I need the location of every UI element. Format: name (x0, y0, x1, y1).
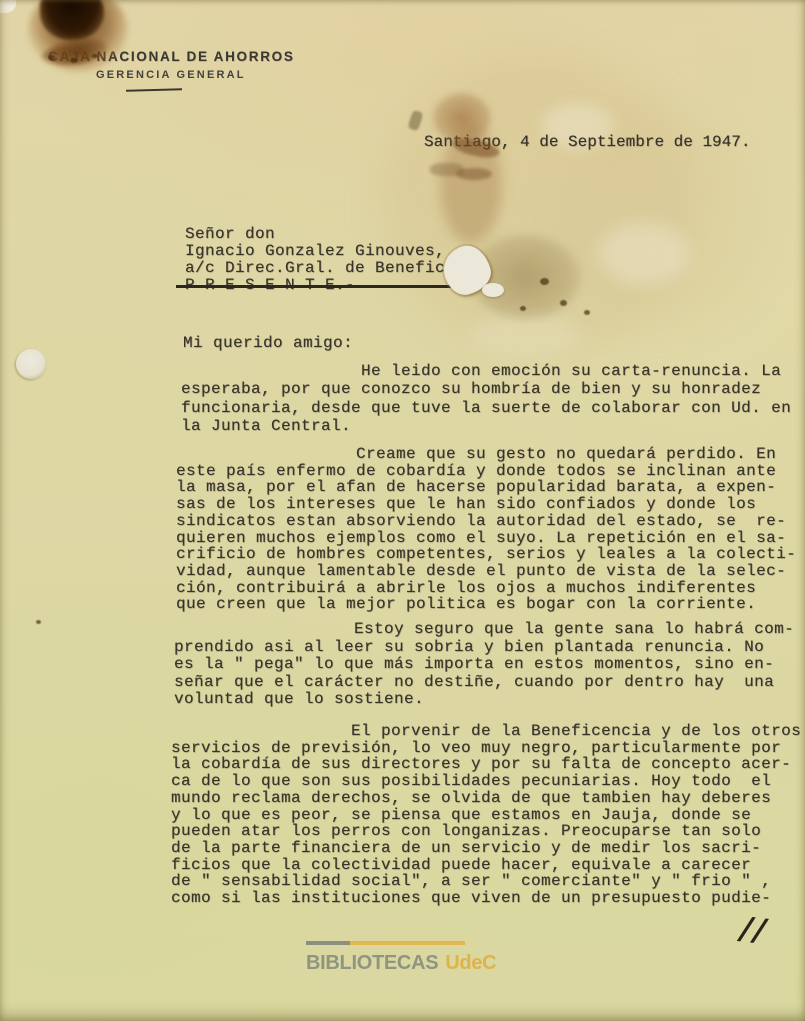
watermark-bar (306, 941, 465, 945)
presente-underline (176, 285, 488, 288)
stain-speck (70, 58, 78, 63)
stain-speck (48, 55, 55, 60)
watermark-secondary-label: UdeC (445, 952, 496, 975)
stain-speck (584, 310, 590, 315)
stain-central-dark (456, 168, 492, 180)
letter-salutation: Mi querido amigo: (183, 334, 353, 352)
recipient-address: a/c Direc.Gral. de Benefice (185, 259, 455, 277)
watermark-text: BIBLIOTECAS UdeC (306, 952, 496, 975)
recipient-name: Ignacio Gonzalez Ginouves, (185, 242, 445, 260)
library-watermark: BIBLIOTECAS UdeC (306, 941, 496, 975)
paragraph-2: Creame que su gesto no quedará perdido. … (176, 446, 796, 613)
watermark-primary-label: BIBLIOTECAS (306, 952, 438, 975)
stain-speck (92, 54, 98, 58)
paragraph-1: He leido con emoción su carta-renuncia. … (181, 362, 791, 435)
scan-corner-notch (0, 0, 16, 13)
recipient-title: Señor don (185, 225, 275, 243)
scanned-letter-page: CAJA NACIONAL DE AHORROS GERENCIA GENERA… (0, 0, 805, 1021)
paper-pale-spot (598, 223, 690, 285)
punch-hole (16, 349, 46, 379)
stain-speck (560, 300, 567, 306)
page-continuation-mark: // (739, 911, 769, 950)
stain-speck (36, 620, 41, 624)
paper-chip-hole (482, 283, 504, 297)
paragraph-4: El porvenir de la Beneficencia y de los … (171, 723, 801, 907)
paper-pale-spot (470, 315, 580, 357)
paragraph-3: Estoy seguro que la gente sana lo habrá … (174, 621, 794, 709)
stain-speck (520, 306, 526, 311)
stain-speck (540, 278, 549, 285)
letterhead-department: GERENCIA GENERAL (96, 69, 246, 81)
letterhead-rule (126, 88, 182, 91)
